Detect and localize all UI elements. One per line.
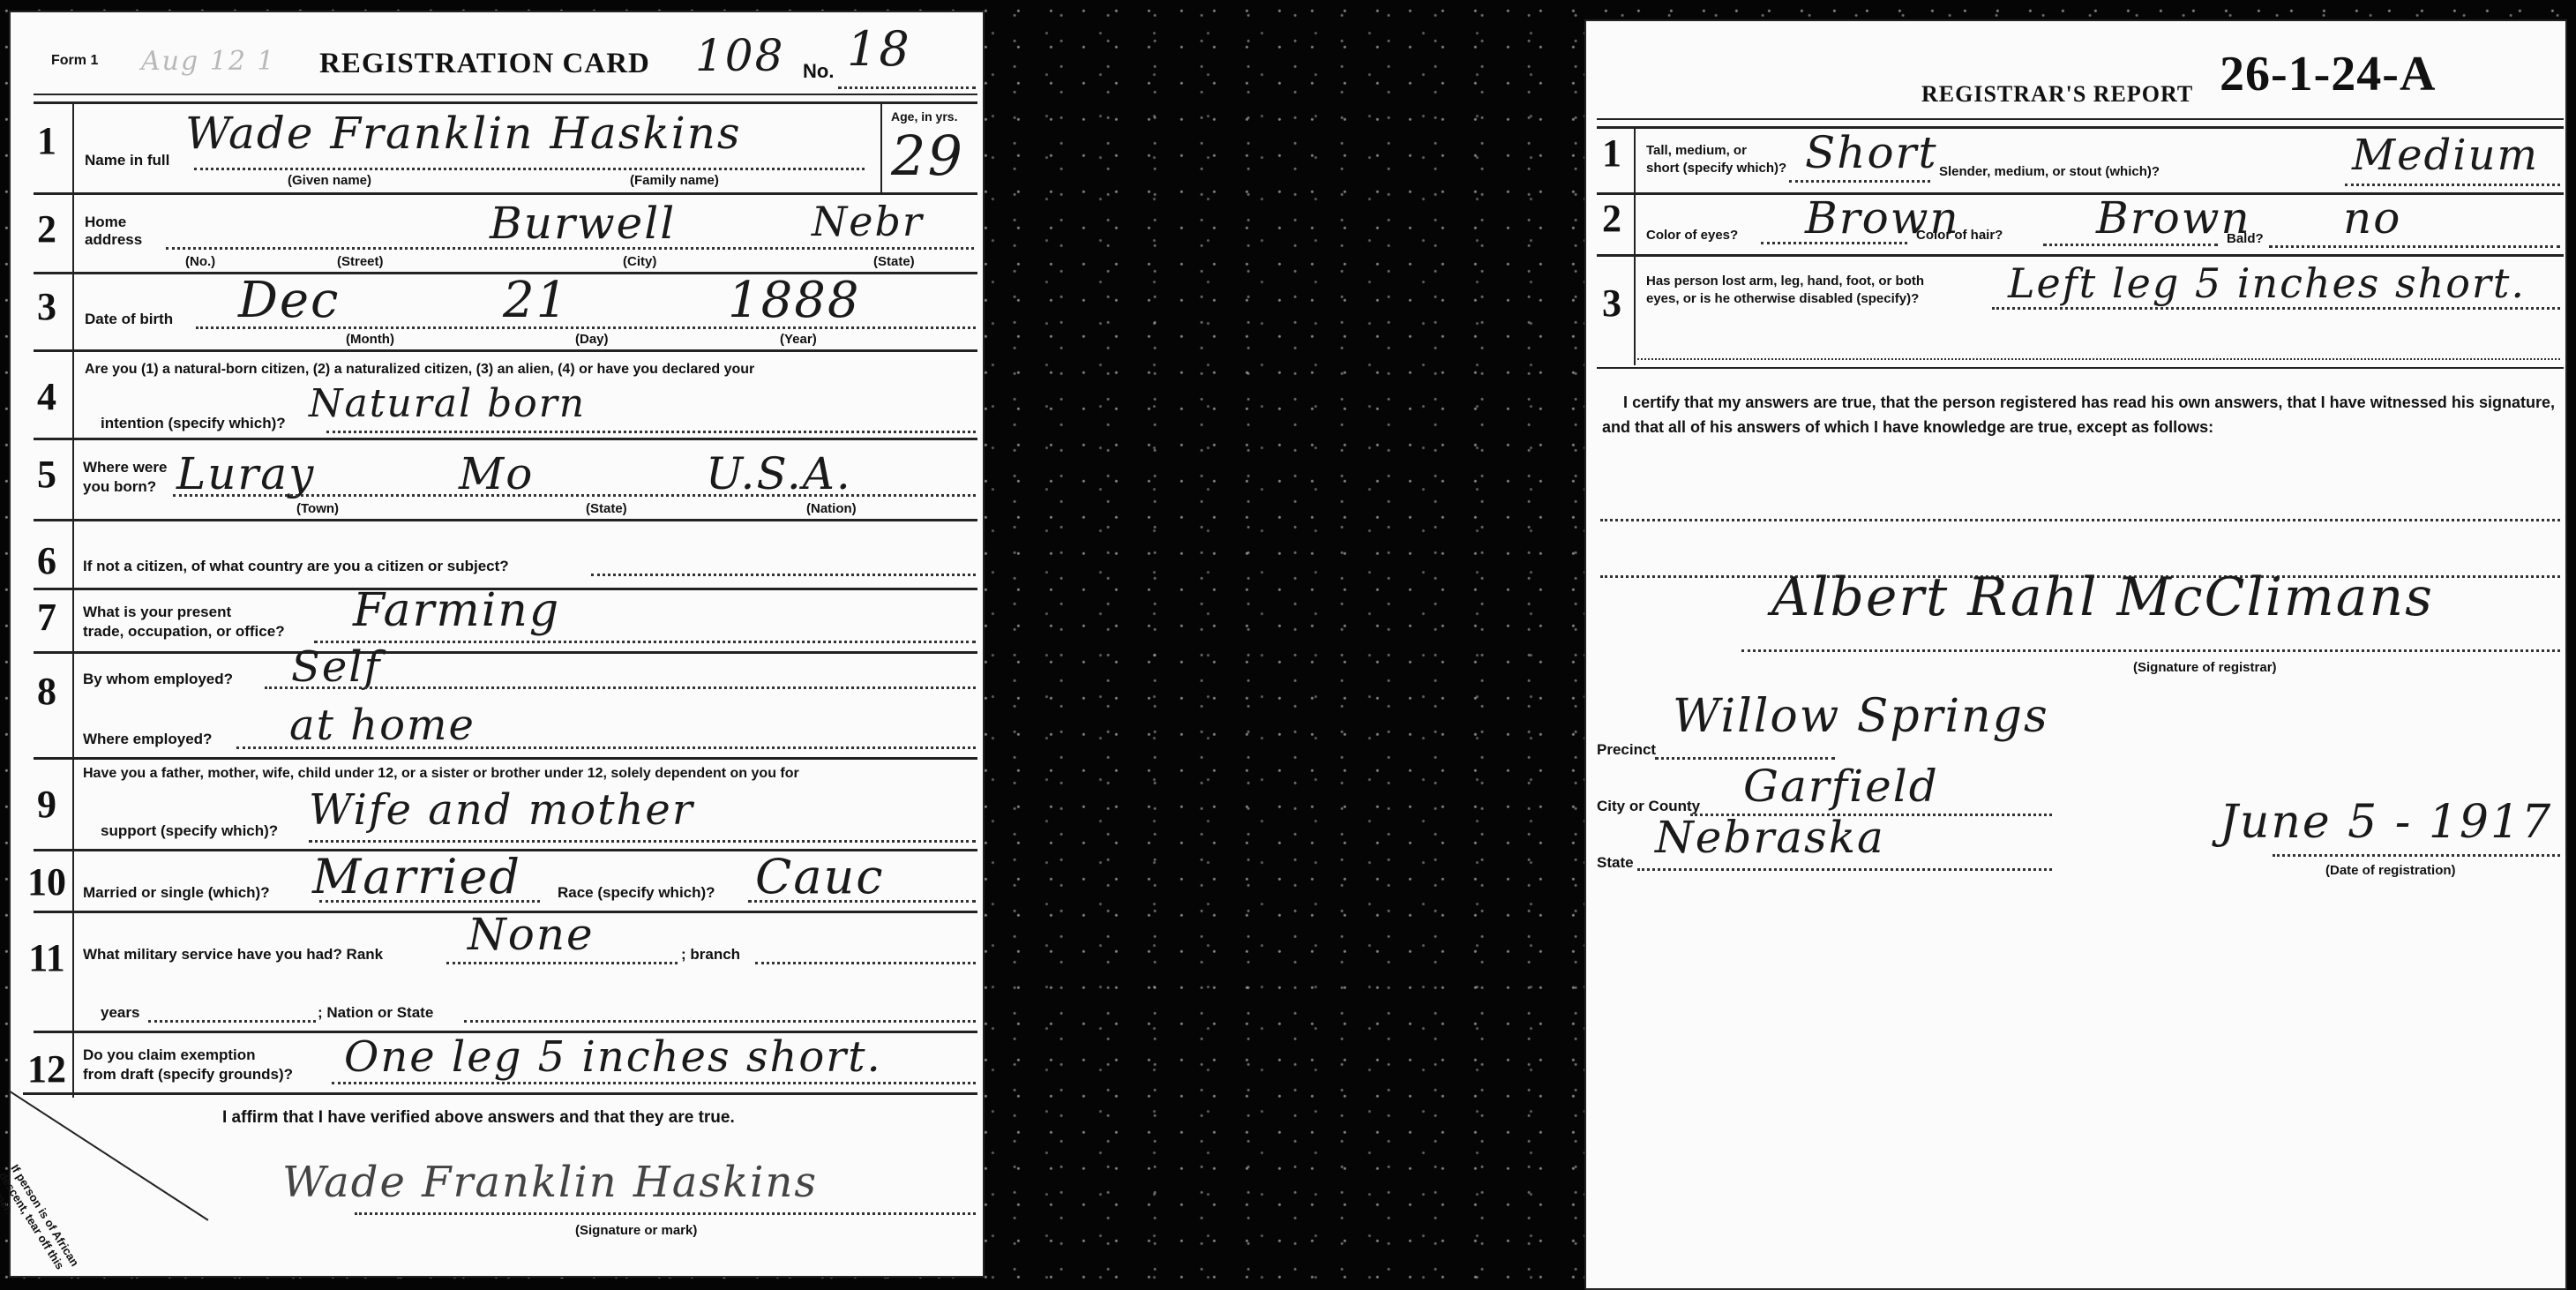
dob-month: Dec: [238, 272, 340, 329]
no-label: No.: [803, 60, 834, 83]
registration-date: June 5 - 1917: [2220, 796, 2552, 849]
row-number: 7: [25, 595, 69, 640]
height-label-2: short (specify which)?: [1646, 161, 1786, 176]
caption-given-name: (Given name): [288, 173, 371, 188]
occupation-label: What is your present: [83, 604, 231, 621]
citizenship-question: Are you (1) a natural-born citizen, (2) …: [85, 362, 754, 378]
age-value: 29: [891, 124, 964, 188]
military-rank-label: What military service have you had? Rank: [83, 946, 383, 964]
row-number: 11: [21, 935, 72, 980]
marital-status-value: Married: [312, 849, 521, 904]
home-address-label: Home: [85, 214, 126, 231]
birthplace-label: Where were: [83, 459, 167, 476]
row-number: 1: [1590, 131, 1634, 176]
state-value: Nebr: [812, 198, 924, 245]
dependents-label: support (specify which)?: [101, 822, 278, 840]
no-value: 18: [847, 21, 911, 77]
exemption-value: One leg 5 inches short.: [344, 1032, 882, 1082]
registrar-report-back: REGISTRAR'S REPORT 26-1-24-A 1 Tall, med…: [1584, 19, 2567, 1290]
citizenship-label: intention (specify which)?: [101, 415, 286, 432]
row-number: 2: [25, 206, 69, 251]
caption-city: (City): [623, 254, 656, 269]
dob-label: Date of birth: [85, 311, 173, 328]
build-value: Medium: [2352, 131, 2539, 180]
dependents-value: Wife and mother: [309, 785, 694, 835]
age-label: Age, in yrs.: [891, 109, 957, 124]
state-value: Nebraska: [1655, 812, 1885, 863]
military-rank-value: None: [468, 909, 595, 960]
signature-caption: (Signature or mark): [575, 1223, 697, 1238]
height-label: Tall, medium, or: [1646, 143, 1747, 158]
bald-label: Bald?: [2227, 231, 2264, 246]
card-title: REGISTRATION CARD: [319, 48, 650, 80]
report-title: REGISTRAR'S REPORT: [1921, 81, 2193, 108]
caption-family-name: (Family name): [630, 173, 719, 188]
eye-color-label: Color of eyes?: [1646, 228, 1738, 243]
city-value: Burwell: [490, 198, 676, 249]
caption-year: (Year): [780, 332, 817, 347]
build-label: Slender, medium, or stout (which)?: [1939, 164, 2160, 179]
occupation-label-2: trade, occupation, or office?: [83, 623, 285, 641]
row-number: 1: [25, 118, 69, 163]
name-value: Wade Franklin Haskins: [185, 108, 742, 159]
row-number: 4: [25, 374, 69, 419]
caption-no: (No.): [185, 254, 215, 269]
state-label: State: [1597, 854, 1634, 872]
birthplace-label-2: you born?: [83, 478, 156, 496]
row-number: 5: [25, 452, 69, 497]
caption-nation: (Nation): [806, 501, 857, 516]
home-address-label-2: address: [85, 231, 142, 249]
certification-text: I certify that my answers are true, that…: [1602, 390, 2555, 439]
caption-street: (Street): [337, 254, 384, 269]
race-value: Cauc: [755, 849, 885, 904]
registrant-signature: Wade Franklin Haskins: [282, 1158, 818, 1207]
card-code: 108: [695, 30, 784, 81]
occupation-value: Farming: [353, 584, 560, 637]
birth-nation: U.S.A.: [706, 448, 852, 499]
exemption-label-2: from draft (specify grounds)?: [83, 1066, 293, 1084]
height-value: Short: [1805, 127, 1938, 178]
row-number: 9: [25, 782, 69, 827]
registrar-signature-caption: (Signature of registrar): [2133, 660, 2277, 675]
dependents-question: Have you a father, mother, wife, child u…: [83, 766, 799, 782]
row-number: 12: [21, 1046, 72, 1091]
caption-month: (Month): [346, 332, 394, 347]
affirmation-text: I affirm that I have verified above answ…: [222, 1108, 735, 1128]
bald-value: no: [2343, 192, 2401, 244]
county-value: Garfield: [1743, 761, 1939, 812]
citizen-country-label: If not a citizen, of what country are yo…: [83, 558, 509, 575]
name-label: Name in full: [85, 152, 169, 169]
birth-state: Mo: [459, 448, 534, 499]
disability-value: Left leg 5 inches short.: [2008, 259, 2526, 307]
form-label: Form 1: [51, 53, 98, 69]
birth-town: Luray: [176, 448, 315, 499]
race-label: Race (specify which)?: [558, 884, 715, 902]
precinct-value: Willow Springs: [1673, 690, 2049, 743]
work-location-value: at home: [289, 701, 476, 750]
employer-label: By whom employed?: [83, 671, 233, 688]
serial-number: 26-1-24-A: [2220, 46, 2436, 102]
caption-state: (State): [873, 254, 915, 269]
tear-off-corner-note: If person is of African descent, tear of…: [0, 1162, 89, 1290]
caption-town: (Town): [296, 501, 339, 516]
dob-year: 1888: [728, 272, 861, 329]
row-number: 6: [25, 538, 69, 583]
row-number: 8: [25, 669, 69, 714]
row-number: 3: [25, 284, 69, 329]
military-years-label: years: [101, 1004, 139, 1022]
disability-label-2: eyes, or is he otherwise disabled (speci…: [1646, 291, 1919, 306]
row-number: 3: [1590, 281, 1634, 326]
registrar-signature: Albert Rahl McClimans: [1771, 566, 2434, 628]
employer-value: Self: [291, 642, 381, 692]
row-number: 10: [21, 859, 72, 904]
precinct-label: Precinct: [1597, 741, 1656, 759]
registration-card-front: Form 1 Aug 12 1 REGISTRATION CARD 108 No…: [9, 11, 985, 1278]
faint-annotation: Aug 12 1: [141, 46, 276, 77]
registration-date-caption: (Date of registration): [2325, 863, 2456, 878]
disability-label: Has person lost arm, leg, hand, foot, or…: [1646, 274, 1924, 289]
hair-color-label: Color of hair?: [1916, 228, 2003, 243]
citizenship-value: Natural born: [309, 381, 586, 426]
dob-day: 21: [503, 272, 569, 329]
marital-status-label: Married or single (which)?: [83, 884, 270, 902]
exemption-label: Do you claim exemption: [83, 1046, 256, 1064]
work-location-label: Where employed?: [83, 731, 212, 748]
military-nation-label: ; Nation or State: [318, 1004, 433, 1022]
row-number: 2: [1590, 196, 1634, 241]
military-branch-label: ; branch: [681, 946, 740, 964]
caption-day: (Day): [575, 332, 609, 347]
caption-birth-state: (State): [586, 501, 627, 516]
